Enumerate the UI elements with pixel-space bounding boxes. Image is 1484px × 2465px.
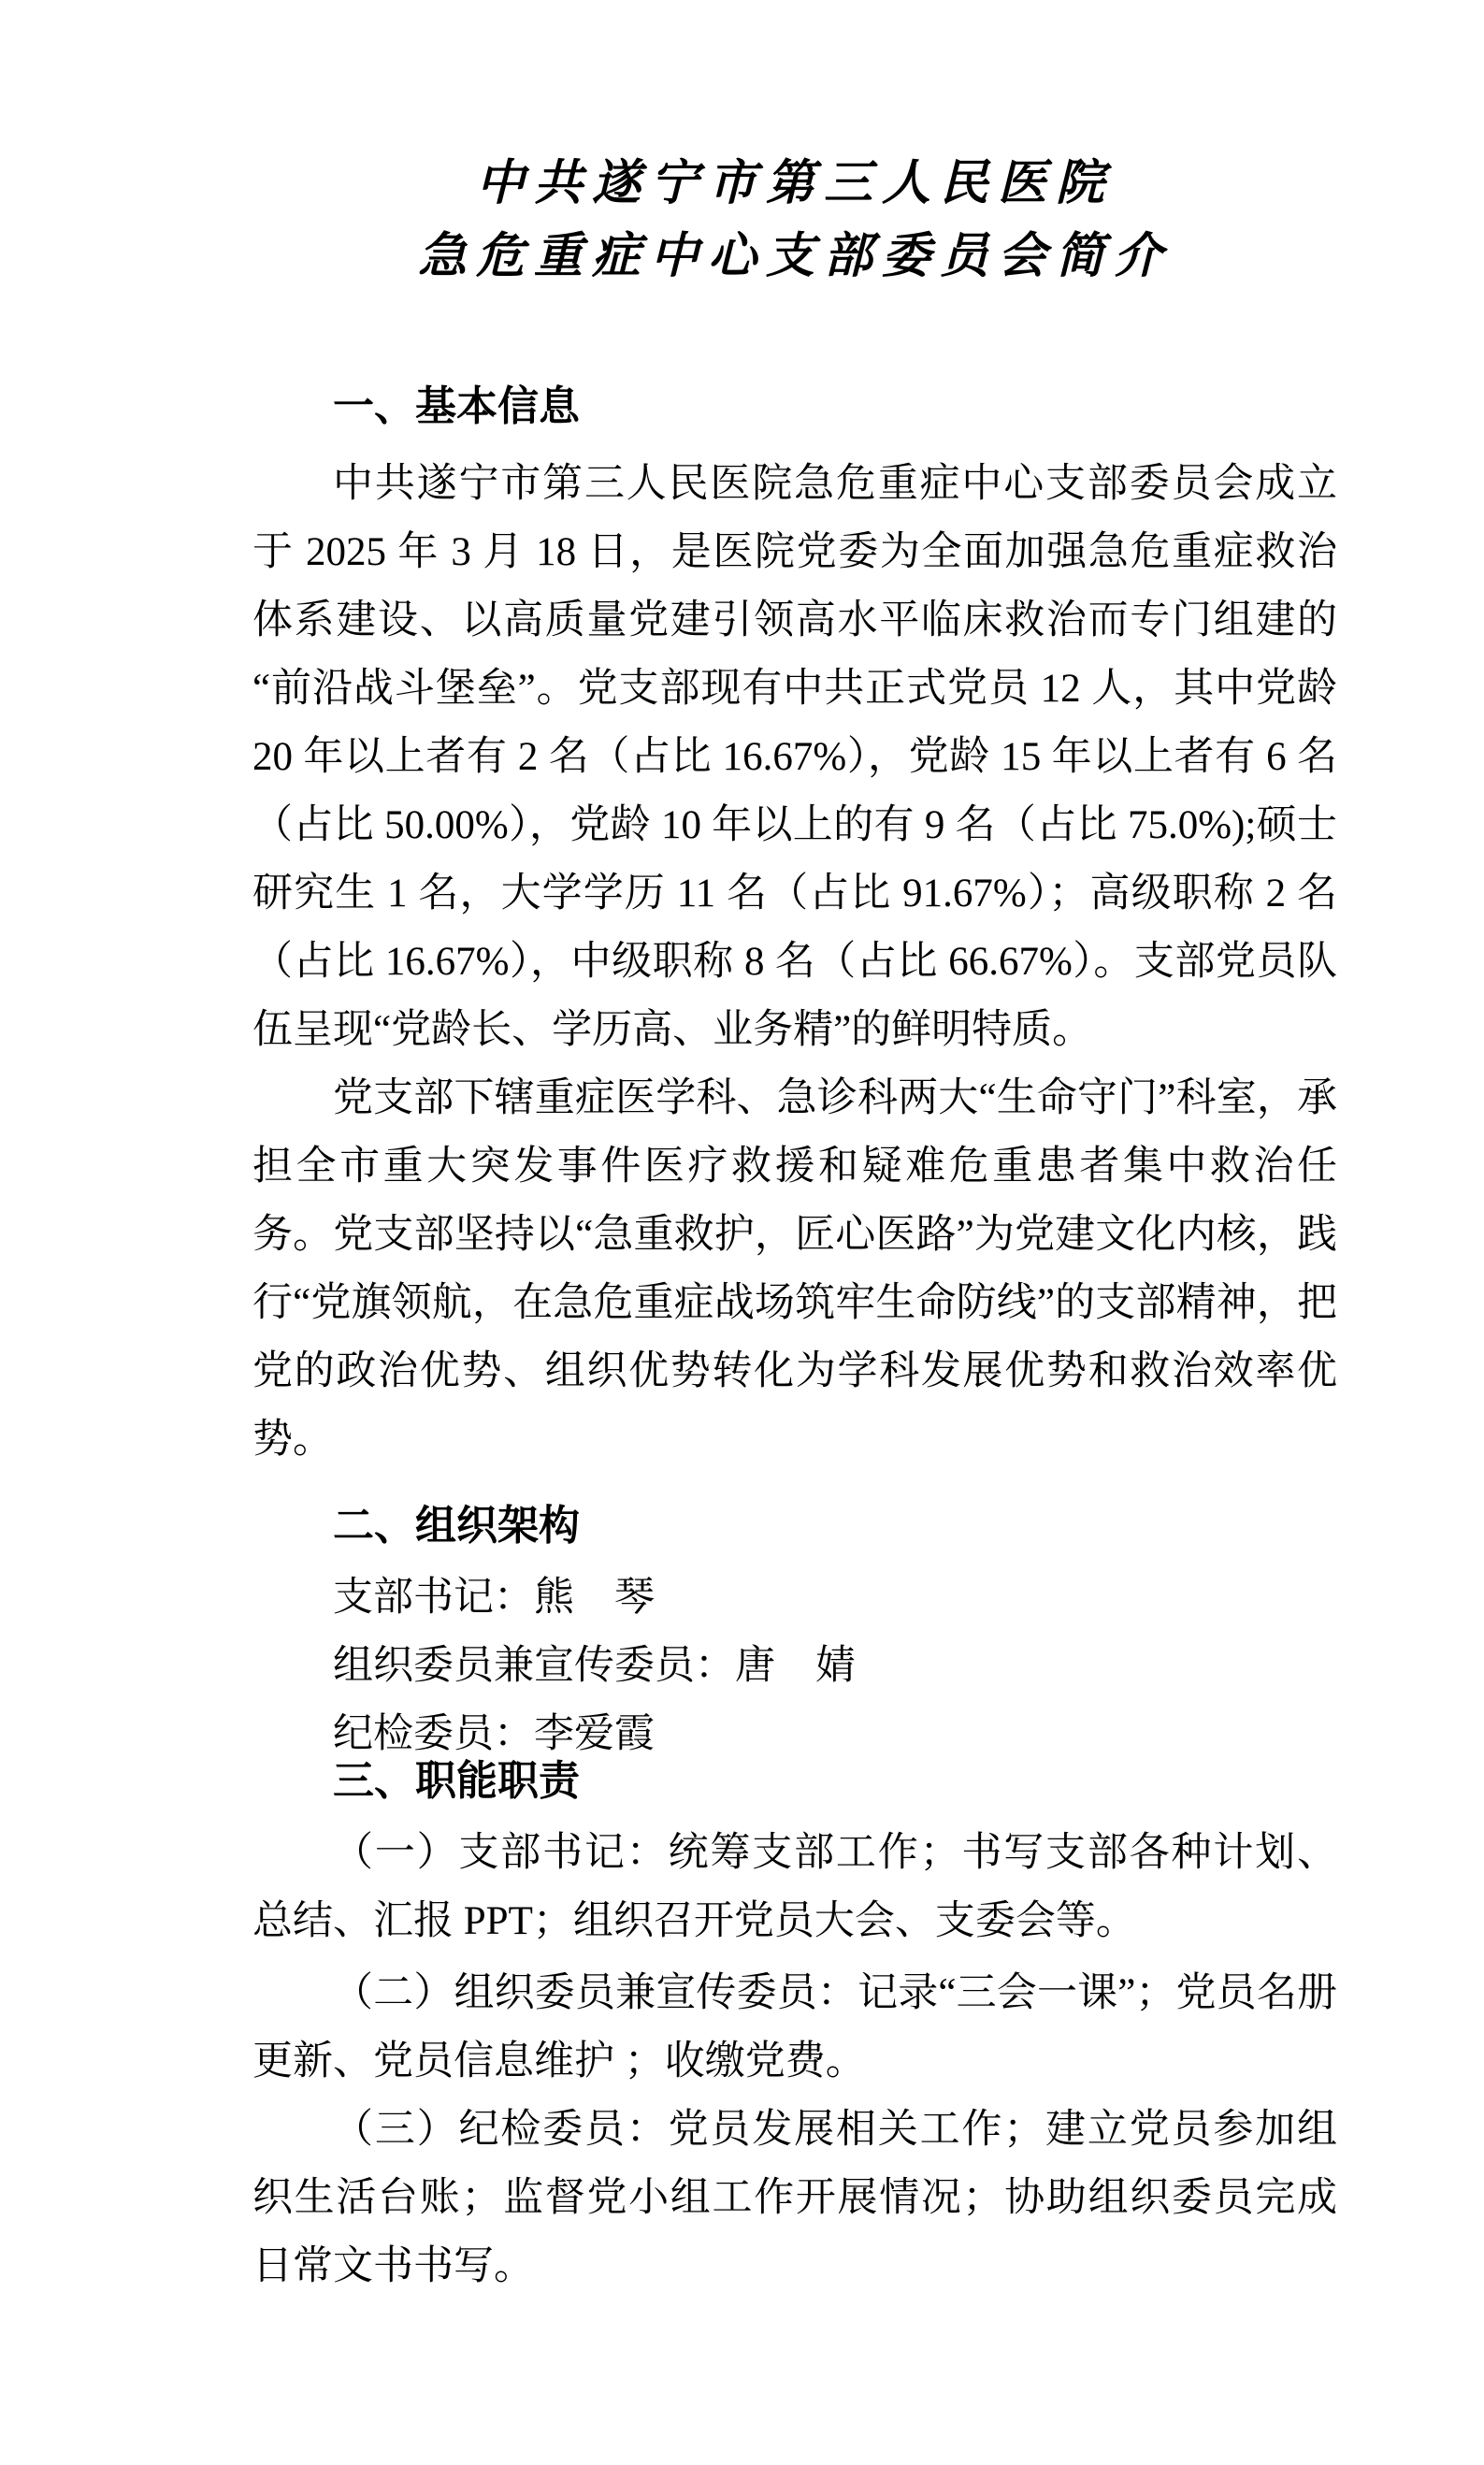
roster-branch-secretary: 支部书记：熊 琴 bbox=[252, 1564, 1337, 1632]
duty-item-2: （二）组织委员兼宣传委员：记录“三会一课”；党员名册更新、党员信息维护 ；收缴党… bbox=[252, 1959, 1337, 2096]
paragraph-basic-info-2: 党支部下辖重症医学科、急诊科两大“生命守门”科室，承担全市重大突发事件医疗救援和… bbox=[252, 1064, 1337, 1474]
document-page: 中共遂宁市第三人民医院 急危重症中心支部委员会简介 一、基本信息 中共遂宁市第三… bbox=[0, 0, 1484, 2465]
duty-item-1: （一）支部书记：统筹支部工作；书写支部各种计划、总结、汇报 PPT；组织召开党员… bbox=[252, 1819, 1337, 1955]
paragraph-basic-info-1: 中共遂宁市第三人民医院急危重症中心支部委员会成立于 2025 年 3 月 18 … bbox=[252, 450, 1337, 1064]
duty-item-3: （三）纪检委员：党员发展相关工作；建立党员参加组织生活台账；监督党小组工作开展情… bbox=[252, 2096, 1337, 2300]
roster-organization-publicity-member: 组织委员兼宣传委员：唐 婧 bbox=[252, 1632, 1337, 1700]
document-title: 中共遂宁市第三人民医院 急危重症中心支部委员会简介 bbox=[252, 148, 1337, 294]
heading-basic-info: 一、基本信息 bbox=[252, 372, 1337, 440]
document-title-line-2: 急危重症中心支部委员会简介 bbox=[252, 221, 1337, 294]
document-content: 中共遂宁市第三人民医院 急危重症中心支部委员会简介 一、基本信息 中共遂宁市第三… bbox=[0, 148, 1484, 2300]
heading-duties: 三、职能职责 bbox=[252, 1747, 1337, 1815]
document-title-line-1: 中共遂宁市第三人民医院 bbox=[252, 148, 1337, 221]
heading-org-structure: 二、组织架构 bbox=[252, 1492, 1337, 1560]
